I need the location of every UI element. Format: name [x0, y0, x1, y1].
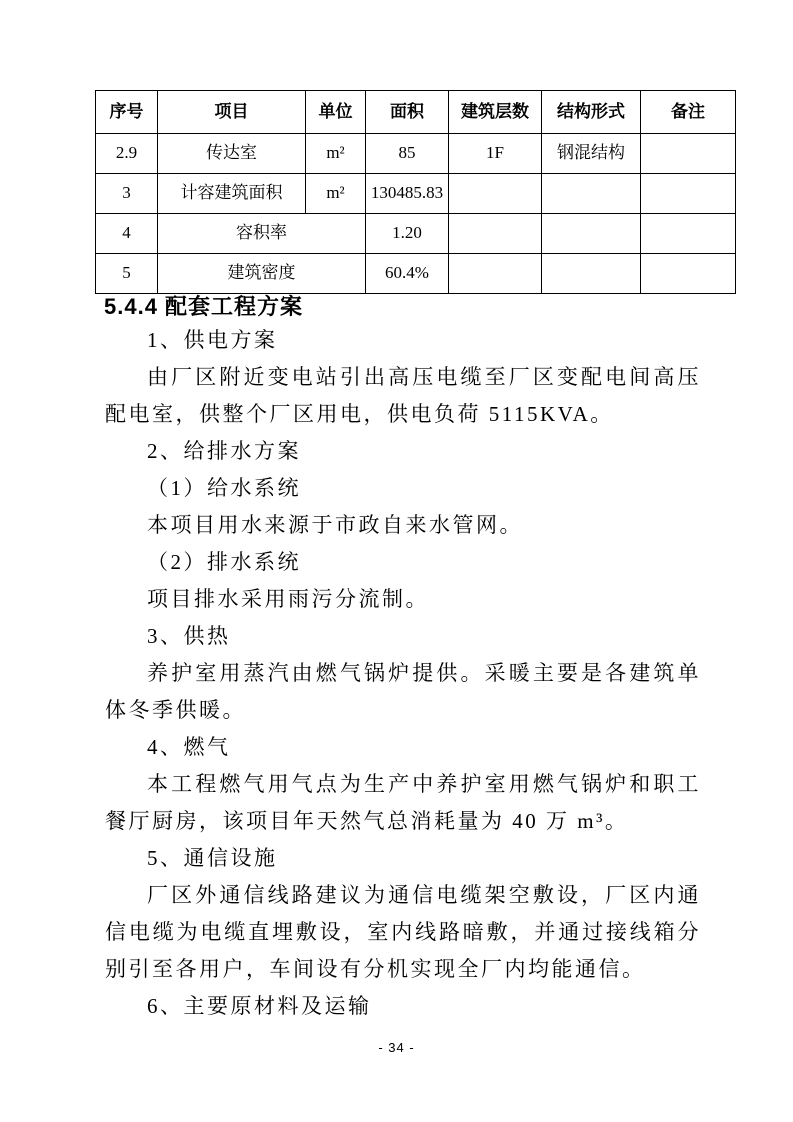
paragraph: 由厂区附近变电站引出高压电缆至厂区变配电间高压配电室，供整个厂区用电，供电负荷 …	[105, 359, 701, 433]
table-cell-merged: 容积率	[158, 214, 366, 254]
table-cell: 3	[96, 174, 158, 214]
paragraph: 本工程燃气用气点为生产中养护室用燃气锅炉和职工餐厅厨房，该项目年天然气总消耗量为…	[105, 766, 701, 840]
header-cell-unit: 单位	[306, 91, 366, 134]
page-number: - 34 -	[0, 1040, 793, 1055]
table-cell: 85	[366, 134, 449, 174]
header-cell-structure: 结构形式	[542, 91, 641, 134]
paragraph: 6、主要原材料及运输	[105, 988, 701, 1025]
table-cell	[641, 214, 736, 254]
header-cell-floors: 建筑层数	[449, 91, 542, 134]
table-cell: m²	[306, 134, 366, 174]
paragraph: 本项目用水来源于市政自来水管网。	[105, 507, 701, 544]
table-cell: 4	[96, 214, 158, 254]
building-summary-table: 序号 项目 单位 面积 建筑层数 结构形式 备注 2.9 传达室 m² 85 1…	[95, 90, 736, 294]
table-cell	[449, 174, 542, 214]
header-cell-remark: 备注	[641, 91, 736, 134]
table-cell: 钢混结构	[542, 134, 641, 174]
table-cell: 60.4%	[366, 254, 449, 294]
paragraph: 4、燃气	[105, 729, 701, 766]
table-cell: 1.20	[366, 214, 449, 254]
table-row: 5 建筑密度 60.4%	[96, 254, 736, 294]
table-cell	[641, 174, 736, 214]
table-cell	[641, 254, 736, 294]
table-cell: 130485.83	[366, 174, 449, 214]
table-cell	[542, 254, 641, 294]
table-cell: 2.9	[96, 134, 158, 174]
table-cell: 5	[96, 254, 158, 294]
section-heading: 5.4.4 配套工程方案	[104, 290, 303, 321]
table-header-row: 序号 项目 单位 面积 建筑层数 结构形式 备注	[96, 91, 736, 134]
table-cell	[449, 214, 542, 254]
paragraph: （1）给水系统	[105, 470, 701, 507]
table-row: 4 容积率 1.20	[96, 214, 736, 254]
table-cell	[542, 214, 641, 254]
table-cell: m²	[306, 174, 366, 214]
paragraph: 项目排水采用雨污分流制。	[105, 581, 701, 618]
paragraph: 1、供电方案	[105, 322, 701, 359]
header-cell-item: 项目	[158, 91, 306, 134]
header-cell-index: 序号	[96, 91, 158, 134]
table-row: 2.9 传达室 m² 85 1F 钢混结构	[96, 134, 736, 174]
table-row: 3 计容建筑面积 m² 130485.83	[96, 174, 736, 214]
paragraph: 3、供热	[105, 618, 701, 655]
table-cell: 传达室	[158, 134, 306, 174]
paragraph: 5、通信设施	[105, 840, 701, 877]
paragraph: 2、给排水方案	[105, 433, 701, 470]
table-cell: 1F	[449, 134, 542, 174]
header-cell-area: 面积	[366, 91, 449, 134]
paragraph: （2）排水系统	[105, 544, 701, 581]
table-cell	[641, 134, 736, 174]
paragraph: 厂区外通信线路建议为通信电缆架空敷设，厂区内通信电缆为电缆直埋敷设，室内线路暗敷…	[105, 877, 701, 988]
section-body: 1、供电方案 由厂区附近变电站引出高压电缆至厂区变配电间高压配电室，供整个厂区用…	[105, 322, 701, 1025]
table-cell-merged: 建筑密度	[158, 254, 366, 294]
table-cell	[449, 254, 542, 294]
table-cell: 计容建筑面积	[158, 174, 306, 214]
paragraph: 养护室用蒸汽由燃气锅炉提供。采暖主要是各建筑单体冬季供暖。	[105, 655, 701, 729]
table-cell	[542, 174, 641, 214]
